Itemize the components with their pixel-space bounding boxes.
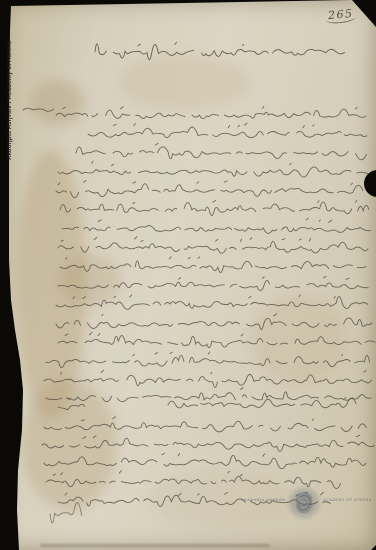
stamp-left-text: ΑΚΑΔΗΜΙΑ ΑΘΗΝΩΝ — [241, 498, 285, 502]
stamp-right-text: ACADEMY OF ATHENS — [323, 498, 372, 502]
archive-stamp: ΑΚΑΔΗΜΙΑ ΑΘΗΝΩΝ ACADEMY OF ATHENS — [286, 485, 322, 521]
scan-shadow — [40, 544, 270, 547]
paper-stain — [250, 295, 345, 385]
stamp-circle — [286, 485, 322, 521]
paper-stain — [22, 380, 117, 510]
manuscript-paper — [0, 0, 376, 550]
archive-watermark-vertical: Ακαδημία Αθηνών / Academy of Athens — [7, 28, 13, 160]
scanned-manuscript: Ακαδημία Αθηνών / Academy of Athens 265 … — [0, 0, 376, 550]
paper-stain — [60, 255, 120, 305]
paper-stain — [30, 80, 85, 125]
paper-stain — [120, 55, 250, 110]
